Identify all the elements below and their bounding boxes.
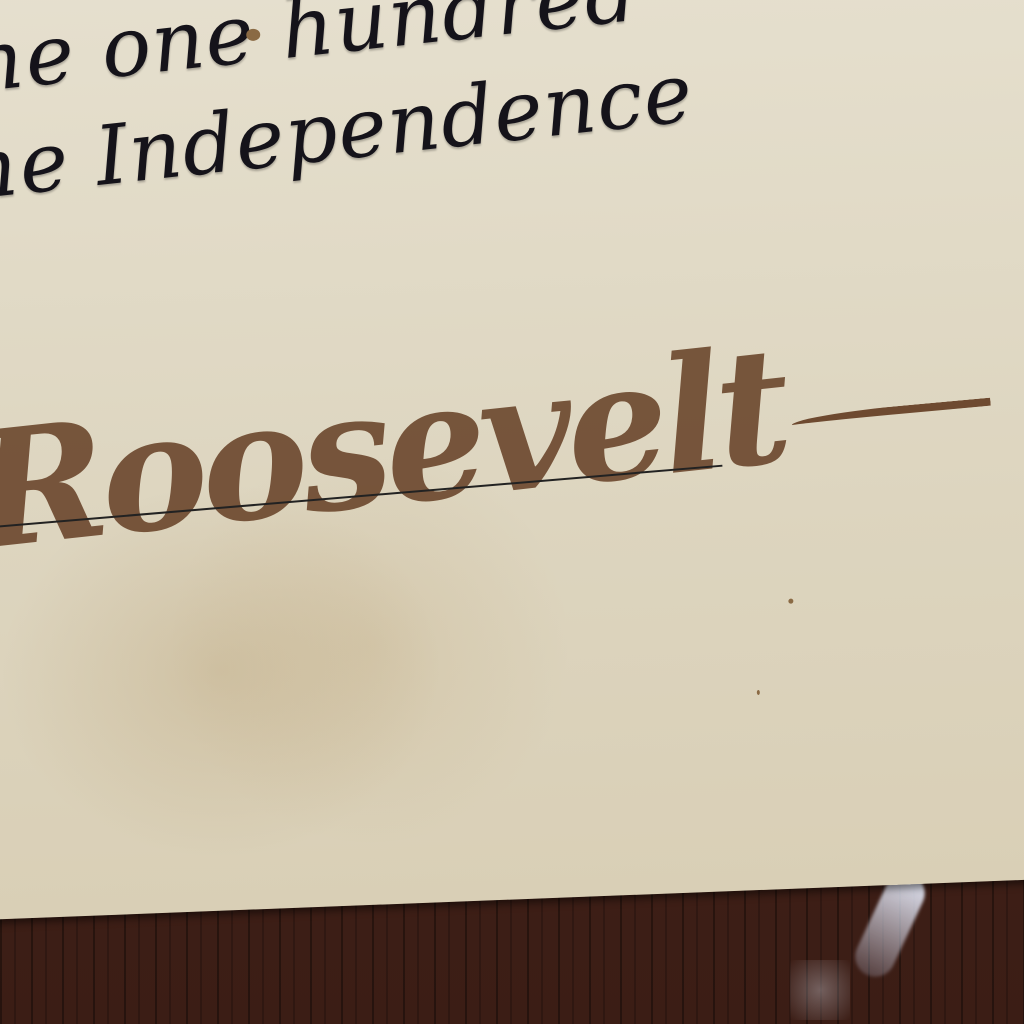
signature-flourish — [791, 398, 992, 432]
light-reflection — [790, 960, 850, 1020]
paper-speck — [788, 599, 793, 604]
document-paper: ... the one hundred the Independence Roo… — [0, 0, 1024, 920]
signature: Roosevelt — [0, 311, 794, 586]
paper-speck — [757, 690, 760, 695]
